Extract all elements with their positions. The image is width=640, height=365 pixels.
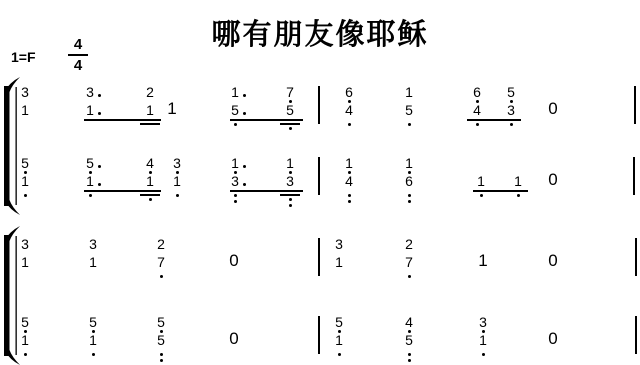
note-digit: 5	[401, 103, 417, 117]
note-digit: 1	[169, 174, 185, 188]
note-digit: 2	[142, 85, 158, 99]
barline	[635, 238, 637, 276]
octave-dot	[234, 123, 237, 126]
key-signature: 1=F	[11, 49, 36, 65]
octave-dot	[176, 194, 179, 197]
octave-dot	[408, 275, 411, 278]
note-digit: 1	[17, 255, 33, 269]
octave-dot	[160, 359, 163, 362]
note-digit: 1	[85, 333, 101, 347]
double-underline	[140, 123, 160, 125]
rest-zero: 0	[545, 100, 561, 117]
note-digit: 5	[282, 103, 298, 117]
note-digit: 3	[17, 237, 33, 251]
note-digit: 3	[17, 85, 33, 99]
rest-zero: 0	[545, 252, 561, 269]
note-digit: 4	[142, 156, 158, 170]
octave-dot	[234, 194, 237, 197]
note-digit: 1	[227, 156, 243, 170]
augmentation-dot	[243, 165, 246, 168]
note-digit: 6	[469, 85, 485, 99]
note-digit: 3	[475, 315, 491, 329]
note-digit: 1	[85, 255, 101, 269]
note-digit: 1	[17, 333, 33, 347]
octave-dot	[408, 194, 411, 197]
octave-dot	[408, 200, 411, 203]
note-digit: 7	[153, 255, 169, 269]
rest-zero: 0	[226, 330, 242, 347]
note-digit: 2	[153, 237, 169, 251]
barline	[633, 157, 635, 195]
note-digit: 1	[17, 174, 33, 188]
rest-zero: 0	[545, 171, 561, 188]
octave-dot	[348, 123, 351, 126]
note-digit: 1	[82, 174, 98, 188]
octave-dot	[289, 127, 292, 130]
note-digit: 3	[227, 174, 243, 188]
note-digit: 3	[169, 156, 185, 170]
note-digit: 6	[401, 174, 417, 188]
octave-dot	[480, 194, 483, 197]
octave-dot	[348, 200, 351, 203]
note-digit: 4	[341, 174, 357, 188]
rest-zero: 0	[545, 330, 561, 347]
note-digit: 1	[82, 103, 98, 117]
octave-dot	[482, 353, 485, 356]
barline	[318, 316, 320, 354]
note-digit: 5	[153, 315, 169, 329]
note-digit: 5	[227, 103, 243, 117]
octave-dot	[234, 200, 237, 203]
barline	[635, 316, 637, 354]
octave-dot	[408, 123, 411, 126]
barline	[318, 238, 320, 276]
augmentation-dot	[243, 112, 246, 115]
augmentation-dot	[98, 94, 101, 97]
underline	[84, 190, 161, 192]
double-underline	[280, 194, 300, 196]
barline	[318, 157, 320, 195]
note-digit: 1	[341, 156, 357, 170]
octave-dot	[408, 353, 411, 356]
note-digit: 1	[142, 174, 158, 188]
note-digit: 6	[341, 85, 357, 99]
octave-dot	[289, 204, 292, 207]
time-signature-numerator: 4	[65, 36, 91, 53]
note-digit: 3	[282, 174, 298, 188]
octave-dot	[517, 194, 520, 197]
note-digit: 3	[82, 85, 98, 99]
note-digit: 1	[17, 103, 33, 117]
note-digit: 4	[469, 103, 485, 117]
time-signature-fraction-bar	[68, 54, 88, 56]
underline	[467, 119, 521, 121]
note-digit: 3	[85, 237, 101, 251]
note-digit: 5	[401, 333, 417, 347]
octave-dot	[289, 198, 292, 201]
octave-dot	[89, 194, 92, 197]
augmentation-dot	[243, 183, 246, 186]
octave-dot	[476, 123, 479, 126]
note-digit: 3	[331, 237, 347, 251]
note-digit: 7	[401, 255, 417, 269]
octave-dot	[149, 198, 152, 201]
note-digit: 1	[164, 100, 180, 117]
sheet-music-page: 哪有朋友像耶稣 1=F 4 4 313121115756415645305151…	[0, 0, 640, 365]
octave-dot	[408, 359, 411, 362]
augmentation-dot	[98, 165, 101, 168]
barline	[318, 86, 320, 124]
octave-dot	[92, 353, 95, 356]
augmentation-dot	[98, 112, 101, 115]
note-digit: 5	[85, 315, 101, 329]
note-digit: 5	[153, 333, 169, 347]
note-digit: 1	[475, 252, 491, 269]
underline	[84, 119, 161, 121]
note-digit: 7	[282, 85, 298, 99]
octave-dot	[160, 275, 163, 278]
note-digit: 5	[17, 315, 33, 329]
octave-dot	[160, 353, 163, 356]
double-underline	[280, 123, 300, 125]
underline	[473, 190, 528, 192]
note-digit: 5	[17, 156, 33, 170]
octave-dot	[338, 353, 341, 356]
note-digit: 5	[82, 156, 98, 170]
note-digit: 2	[401, 237, 417, 251]
underline	[230, 119, 303, 121]
octave-dot	[24, 194, 27, 197]
augmentation-dot	[243, 94, 246, 97]
barline	[634, 86, 636, 124]
underline	[230, 190, 303, 192]
note-digit: 1	[510, 174, 526, 188]
note-digit: 1	[282, 156, 298, 170]
note-digit: 1	[331, 255, 347, 269]
note-digit: 1	[227, 85, 243, 99]
time-signature: 4 4	[65, 36, 91, 74]
note-digit: 4	[401, 315, 417, 329]
double-underline	[140, 194, 160, 196]
octave-dot	[510, 123, 513, 126]
octave-dot	[348, 194, 351, 197]
rest-zero: 0	[226, 252, 242, 269]
octave-dot	[24, 353, 27, 356]
note-digit: 5	[331, 315, 347, 329]
note-digit: 1	[142, 103, 158, 117]
note-digit: 1	[475, 333, 491, 347]
note-digit: 1	[401, 156, 417, 170]
note-digit: 1	[401, 85, 417, 99]
note-digit: 1	[331, 333, 347, 347]
note-digit: 5	[503, 85, 519, 99]
time-signature-denominator: 4	[65, 57, 91, 74]
note-digit: 3	[503, 103, 519, 117]
note-digit: 4	[341, 103, 357, 117]
note-digit: 1	[473, 174, 489, 188]
song-title: 哪有朋友像耶稣	[0, 12, 640, 53]
augmentation-dot	[98, 183, 101, 186]
